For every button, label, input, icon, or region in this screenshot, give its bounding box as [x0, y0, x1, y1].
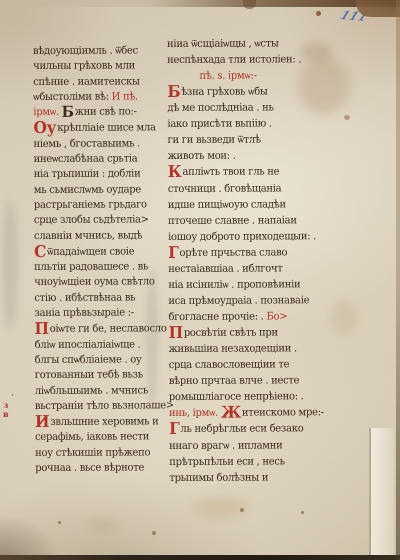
text-line: живьшіиа незаходещіии . [169, 340, 307, 357]
body-text: ѿпадаіѡщеи своіе [47, 245, 134, 257]
text-line: чноуіѡщіеи оума свѣтло [34, 275, 159, 291]
body-text: ѡбыстоліми вѣ: [33, 90, 111, 102]
text-line: пльтіи радовашесе . вь [34, 259, 159, 275]
body-text: орѣте прчьства славо [179, 246, 287, 259]
text-line: вѣрно прчтаа влче . иесте [169, 372, 307, 389]
text-line: ѡбыстоліми вѣ: И пѣ. [33, 89, 158, 105]
text-line: рочнаа . вьсе вѣрноте [35, 460, 160, 476]
body-text: животь мои: . [168, 150, 236, 162]
text-line: чильны грѣховь мли [33, 59, 158, 75]
text-line: заніа прѣвьзыраіе :- [34, 305, 159, 321]
text-line: ннаго врагѡ . ипламни [169, 437, 307, 454]
body-text: иса прѣмоудраіа . познаваіе [168, 294, 309, 307]
right-text-column: ніиа ѿсщіаіѡщы , ѡстынеспѣнхада тли исто… [167, 35, 307, 485]
rubric-text: Ж [221, 403, 241, 422]
text-line: ніа исіниліѡ . проповѣиніи [168, 276, 306, 293]
body-text: рочнаа . вьсе вѣрноте [35, 461, 144, 474]
text-line: животь мои: . [168, 148, 306, 165]
body-text: неспѣнхада тли истоліен: . [167, 53, 301, 66]
body-text: оіѡте ги бе, неславосло [50, 323, 167, 336]
foxing-dot [152, 531, 156, 535]
body-text: ніа трьпишіи : добліи [34, 168, 141, 181]
text-line: стію . ибѣствѣнаа вь [34, 290, 159, 306]
text-line: нестаіавшіаа . иблгочт [168, 260, 306, 277]
body-text: вѣрно прчтаа влче . иесте [169, 374, 300, 387]
rubric-text: инь, ірмѡ. [169, 407, 221, 419]
foxing-dot [301, 511, 304, 514]
body-text: трьпимы болѣзны и [169, 471, 268, 484]
text-line: блгы спѡбліаіеме . оу [35, 352, 160, 368]
margin-dot: · [11, 391, 14, 401]
text-line: ги ги вьзведи ѿтлѣ [168, 132, 306, 149]
body-text: ннаго врагѡ . ипламни [169, 439, 282, 452]
body-text: ѣзна грѣховь ѡбы [181, 85, 267, 97]
body-text: блгы спѡбліаіеме . оу [35, 353, 142, 366]
body-text: ліѡбльшыимь . мчнись [35, 384, 148, 397]
text-line: пточеше славне . напаіаи [168, 212, 306, 229]
stain [298, 58, 350, 114]
body-text: апліѡть твои гль не [182, 166, 279, 179]
text-line: Горѣте прчьства славо [168, 244, 306, 261]
text-line: Сѿпадаіѡщеи своіе [34, 243, 159, 260]
body-text: ги ги вьзведи ѿтлѣ [168, 134, 261, 146]
text-line: идше пищіѡоую сладѣи [168, 196, 306, 213]
body-text: пльтіи радовашесе . вь [34, 261, 148, 274]
body-text: мь сьмислѡмь оударе [34, 183, 141, 196]
text-line: растрьганіемь грьдаго [34, 197, 159, 213]
rubric-text: И [35, 412, 49, 431]
photo-edge-right [396, 0, 400, 560]
text-line: Гль небрѣгльи еси безако [169, 421, 307, 438]
rubric-text: Б [167, 82, 180, 101]
rubric-text: пѣ. ѕ. ірмѡ:- [199, 70, 256, 82]
text-line: сточници . бговѣщаніа [168, 180, 306, 197]
body-text: срце злобы сьдѣтеліа> [34, 214, 149, 227]
text-line: ліѡбльшыимь . мчнись [35, 383, 160, 399]
text-line: пѣ. ѕ. ірмѡ:- [167, 67, 305, 84]
body-text: нестаіавшіаа . иблгочт [168, 262, 282, 275]
body-text: срца славословещіии те [169, 358, 290, 371]
body-text: росвѣтіи свѣть при [184, 326, 278, 338]
text-line: прѣтрьпѣльи еси , несь [169, 453, 307, 470]
margin-gloss: з в [3, 401, 9, 418]
stain [331, 300, 357, 336]
rubric-text: П [169, 323, 183, 342]
body-text: итеискомо мре:- [242, 406, 324, 418]
body-text: ромышліагосе непрѣіено: . [169, 390, 304, 403]
page-notch [243, 0, 256, 9]
body-text: ніемь , бгоставыимь . [33, 137, 140, 150]
text-line: ноу стѣкишіи прѣжепо [35, 445, 160, 461]
stain [2, 200, 18, 330]
text-line: мь сьмислѡмь оударе [34, 182, 159, 198]
text-line: ніиа ѿсщіаіѡщы , ѡсты [167, 35, 305, 52]
text-line: спѣние . иамитеискы [33, 74, 158, 90]
body-text: инеѡслабѣнаа срьтіа [34, 153, 138, 166]
text-line: срца славословещіии те [169, 356, 307, 373]
corner-tear [356, 0, 400, 17]
stain [193, 496, 249, 518]
rubric-text: ірмѡ. [33, 106, 61, 118]
body-text: звльшние херовимь и [50, 415, 158, 428]
rubric-text: С [34, 242, 46, 261]
text-line: иса прѣмоудраіа . познаваіе [168, 292, 306, 309]
text-line: Поіѡте ги бе, неславосло [34, 321, 159, 338]
leaf-edge [369, 428, 394, 555]
body-text: прѣтрьпѣльи еси , несь [169, 455, 285, 468]
text-line: вѣдоующіимль . ѿбес [33, 43, 158, 59]
text-line: Бѣзна грѣховь ѡбы [167, 83, 305, 100]
body-text: бліѡ ипосліаліаіѡще . [35, 338, 141, 351]
text-line: готованныи тебѣ вьзь [35, 368, 160, 384]
body-text: вѣдоующіимль . ѿбес [33, 44, 138, 57]
body-text: славніи мчнись, выдѣ [34, 229, 142, 242]
body-text: Б [62, 103, 74, 121]
photo-edge-bottom [0, 555, 400, 560]
text-line: ніемь , бгоставыимь . [33, 136, 158, 152]
corner-shadow [0, 514, 60, 560]
body-text: крѣпліаіе шисе мла [57, 122, 156, 135]
text-line: іако присѣти вьпіію . [167, 116, 305, 133]
rubric-text: Бо> [266, 310, 287, 322]
body-text: пточеше славне . напаіаи [168, 214, 297, 227]
body-text: дѣ ме послѣдніаа . нь [167, 102, 273, 115]
body-text: спѣние . иамитеискы [33, 75, 139, 88]
text-line: Просвѣтіи свѣть при [169, 324, 307, 341]
rubric-text: Оу [33, 118, 56, 137]
text-line: срце злобы сьдѣтеліа> [34, 213, 159, 229]
body-text: вьстраніи тѣло вьзнолаше> [35, 399, 174, 412]
rubric-text: К [168, 162, 182, 181]
body-text: живьшіиа незаходещіии . [169, 342, 297, 355]
body-text: ноу стѣкишіи прѣжепо [35, 446, 150, 459]
foxing-dot [240, 508, 244, 512]
body-text: іошоу доброто приходещыи: . [168, 230, 316, 243]
body-text: чильны грѣховь мли [33, 60, 135, 73]
text-line: бліѡ ипосліаліаіѡще . [35, 337, 160, 353]
body-text: растрьганіемь грьдаго [34, 198, 147, 211]
rubric-text: И пѣ. [112, 90, 138, 102]
body-text: чноуіѡщіеи оума свѣтло [34, 276, 154, 289]
margin-gloss-bottom: в [3, 410, 9, 419]
text-line: ніа трьпишіи : добліи [34, 167, 159, 183]
body-text: идше пищіѡоую сладѣи [168, 198, 286, 211]
stain [344, 115, 350, 120]
body-text: серафімь, іаковь нести [35, 431, 149, 444]
text-line: іошоу доброто приходещыи: . [168, 228, 306, 245]
text-line: инеѡслабѣнаа срьтіа [34, 151, 159, 167]
text-line: серафімь, іаковь нести [35, 430, 160, 446]
text-line: Капліѡть твои гль не [168, 164, 306, 181]
text-line: инь, ірмѡ. Житеискомо мре:- [169, 404, 307, 421]
text-line: трьпимы болѣзны и [169, 469, 307, 486]
body-text: стію . ибѣствѣнаа вь [34, 291, 135, 304]
manuscript-page: 111 вѣдоующіимль . ѿбесчильны грѣховь мл… [0, 0, 400, 560]
text-line: вьстраніи тѣло вьзнолаше> [35, 398, 160, 414]
text-line: славніи мчнись, выдѣ [34, 228, 159, 244]
text-line: Оукрѣпліаіе шисе мла [33, 120, 158, 137]
rubric-text: Г [168, 243, 178, 262]
body-text: сточници . бговѣщаніа [168, 182, 282, 195]
body-text: ніа исіниліѡ . проповѣиніи [168, 278, 300, 291]
body-text: готованныи тебѣ вьзь [35, 369, 143, 382]
body-text: ль небрѣгльи еси безако [180, 423, 303, 436]
stain [316, 11, 321, 16]
stain [88, 518, 118, 532]
body-text: заніа прѣвьзыраіе :- [34, 307, 134, 320]
body-text: іако присѣти вьпіію . [167, 118, 271, 131]
text-line: неспѣнхада тли истоліен: . [167, 51, 305, 68]
body-text: бгогласне прочіе: . [168, 310, 266, 323]
text-line: Извльшние херовимь и [35, 413, 160, 430]
body-text: ніиа ѿсщіаіѡщы , ѡсты [167, 37, 279, 50]
photo-edge-top [0, 0, 400, 7]
text-line: бгогласне прочіе: . Бо> [168, 308, 306, 325]
manuscript-photo: 111 вѣдоующіимль . ѿбесчильны грѣховь мл… [0, 0, 400, 560]
body-text: жни свѣ по:- [75, 106, 137, 118]
rubric-text: П [34, 319, 48, 338]
left-text-column: вѣдоующіимль . ѿбесчильны грѣховь млиспѣ… [33, 43, 161, 476]
rubric-text: Г [169, 419, 179, 438]
text-line: дѣ ме послѣдніаа . нь [167, 100, 305, 117]
